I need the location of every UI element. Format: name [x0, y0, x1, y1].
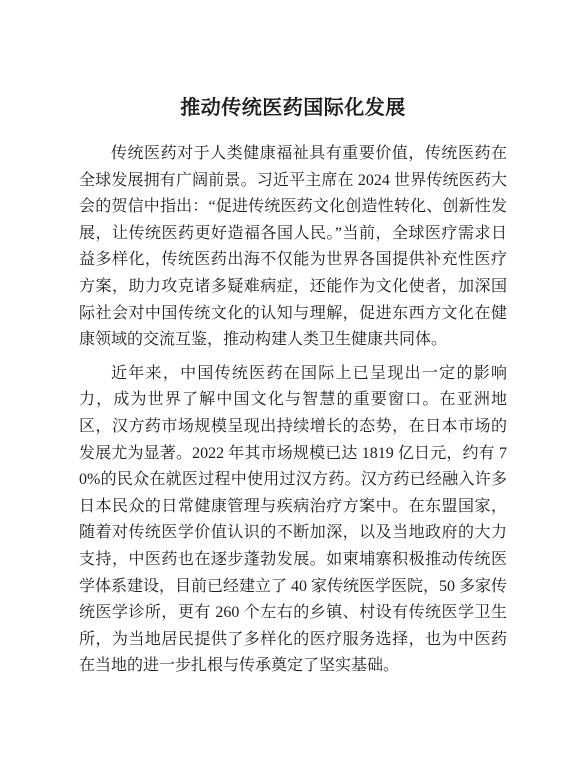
paragraph-1: 传统医药对于人类健康福祉具有重要价值，传统医药在全球发展拥有广阔前景。习近平主席… [79, 141, 507, 354]
paragraph-2: 近年来，中国传统医药在国际上已呈现出一定的影响力，成为世界了解中国文化与智慧的重… [79, 361, 507, 680]
document-title: 推动传统医药国际化发展 [79, 94, 507, 122]
document-page: 推动传统医药国际化发展 传统医药对于人类健康福祉具有重要价值，传统医药在全球发展… [0, 0, 586, 759]
